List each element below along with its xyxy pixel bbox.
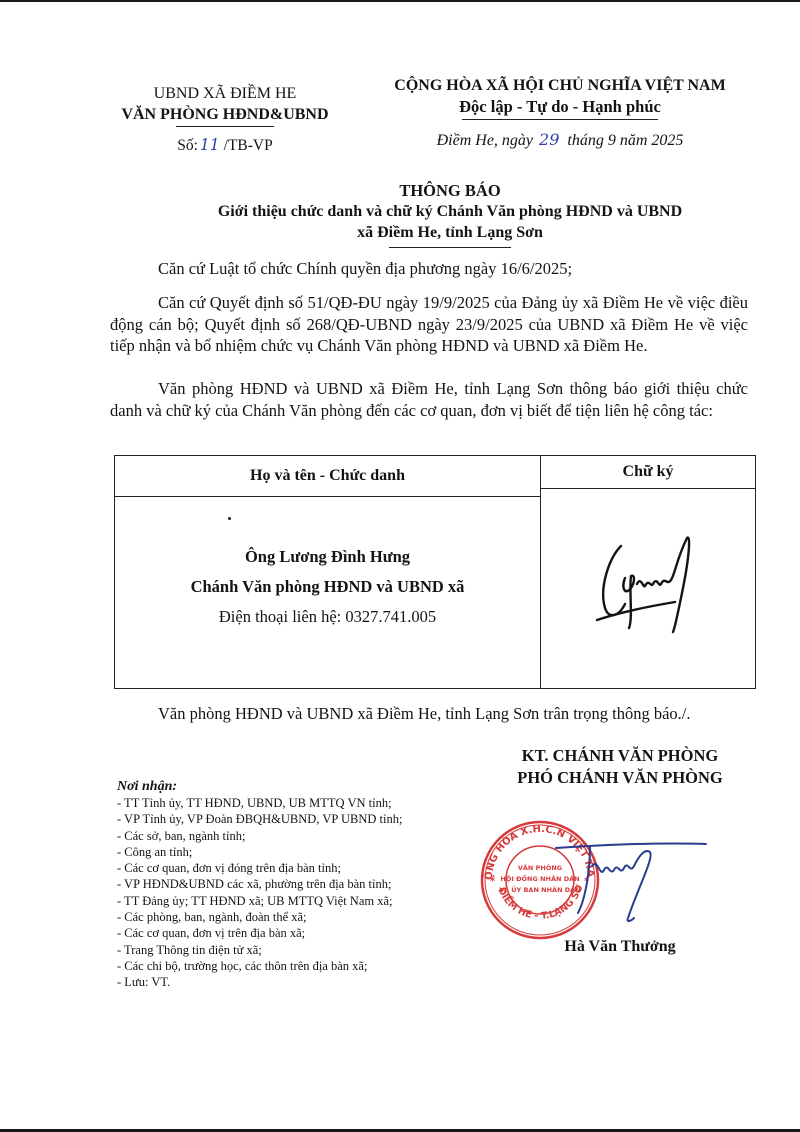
header-underline	[176, 126, 274, 127]
date-prefix: Điềm He, ngày	[437, 132, 533, 149]
recipient-item: - Trang Thông tin điện tử xã;	[117, 942, 487, 958]
paragraph-legal-basis-1: Căn cứ Luật tổ chức Chính quyền địa phươ…	[110, 258, 748, 280]
signer-name: Hà Văn Thưởng	[470, 938, 770, 956]
recipient-item: - Lưu: VT.	[117, 974, 487, 990]
paragraph-text: Văn phòng HĐND và UBND xã Điềm He, tỉnh …	[158, 704, 691, 723]
recipient-item: - TT Đảng ủy; TT HĐND xã; UB MTTQ Việt N…	[117, 893, 487, 909]
name-position-column: Họ và tên - Chức danh Ông Lương Đình Hưn…	[115, 456, 541, 688]
recipient-item: - Các phòng, ban, ngành, đoàn thể xã;	[117, 909, 487, 925]
nation-name: CỘNG HÒA XÃ HỘI CHỦ NGHĨA VIỆT NAM	[360, 75, 760, 96]
signing-authority: KT. CHÁNH VĂN PHÒNG	[470, 745, 770, 767]
signer-role: PHÓ CHÁNH VĂN PHÒNG	[470, 767, 770, 789]
signature-introduction-table: Họ và tên - Chức danh Ông Lương Đình Hưn…	[114, 455, 756, 689]
official-stamp-icon: CỘNG HÒA X.H.C.N VIỆT NAM X.ĐIỀM HE - T.…	[478, 818, 708, 943]
handwritten-day: 29	[537, 130, 563, 149]
issuing-agency-header: UBND XÃ ĐIỀM HE VĂN PHÒNG HĐND&UBND Số:1…	[95, 83, 355, 156]
column-header-signature: Chữ ký	[541, 456, 755, 489]
office-name: VĂN PHÒNG HĐND&UBND	[95, 104, 355, 125]
recipient-item: - Các cơ quan, đơn vị trên địa bàn xã;	[117, 925, 487, 941]
signature-block: KT. CHÁNH VĂN PHÒNG PHÓ CHÁNH VĂN PHÒNG	[470, 745, 770, 789]
document-type: THÔNG BÁO	[160, 180, 740, 201]
subject-line-1: Giới thiệu chức danh và chữ ký Chánh Văn…	[160, 201, 740, 222]
paragraph-text: Văn phòng HĐND và UBND xã Điềm He, tỉnh …	[110, 379, 748, 420]
recipients-list: Nơi nhận: - TT Tỉnh ủy, TT HĐND, UBND, U…	[117, 779, 487, 991]
svg-text:HỘI ĐỒNG NHÂN DÂN: HỘI ĐỒNG NHÂN DÂN	[500, 873, 579, 883]
paragraph-text: Căn cứ Quyết định số 51/QĐ-ĐU ngày 19/9/…	[110, 293, 748, 355]
svg-text:VÀ ỦY BAN NHÂN DÂN: VÀ ỦY BAN NHÂN DÂN	[499, 884, 580, 894]
scan-speck	[228, 517, 231, 520]
handwritten-number: 11	[198, 136, 224, 154]
column-header-name-position: Họ và tên - Chức danh	[115, 456, 540, 497]
subject-line-2: xã Điềm He, tỉnh Lạng Sơn	[160, 222, 740, 243]
paragraph-text: Căn cứ Luật tổ chức Chính quyền địa phươ…	[158, 259, 572, 278]
recipient-item: - VP HĐND&UBND các xã, phường trên địa b…	[117, 876, 487, 892]
date-suffix: tháng 9 năm 2025	[567, 132, 683, 149]
recipient-item: - Các chi bộ, trường học, các thôn trên …	[117, 958, 487, 974]
document-number: Số:11/TB-VP	[95, 135, 355, 156]
agency-name: UBND XÃ ĐIỀM HE	[95, 83, 355, 104]
recipients-label: Nơi nhận:	[117, 779, 487, 795]
person-phone: Điện thoại liên hệ: 0327.741.005	[115, 602, 540, 632]
scan-top-edge	[0, 0, 800, 2]
svg-text:*: *	[490, 876, 496, 887]
recipient-item: - Công an tỉnh;	[117, 844, 487, 860]
recipient-item: - Các sở, ban, ngành tỉnh;	[117, 828, 487, 844]
person-name: Ông Lương Đình Hưng	[115, 542, 540, 572]
number-suffix: /TB-VP	[224, 137, 273, 154]
paragraph-announcement: Văn phòng HĐND và UBND xã Điềm He, tỉnh …	[110, 378, 748, 421]
national-motto: Độc lập - Tự do - Hạnh phúc	[360, 96, 760, 117]
recipient-item: - VP Tỉnh ủy, VP Đoàn ĐBQH&UBND, VP UBND…	[117, 811, 487, 827]
title-underline	[389, 247, 511, 248]
paragraph-closing: Văn phòng HĐND và UBND xã Điềm He, tỉnh …	[110, 703, 748, 725]
recipient-item: - TT Tỉnh ủy, TT HĐND, UBND, UB MTTQ VN …	[117, 795, 487, 811]
recipient-item: - Các cơ quan, đơn vị đóng trên địa bàn …	[117, 860, 487, 876]
national-header: CỘNG HÒA XÃ HỘI CHỦ NGHĨA VIỆT NAM Độc l…	[360, 75, 760, 151]
motto-underline	[462, 119, 658, 120]
svg-text:VĂN PHÒNG: VĂN PHÒNG	[518, 863, 562, 872]
paragraph-legal-basis-2: Căn cứ Quyết định số 51/QĐ-ĐU ngày 19/9/…	[110, 292, 748, 357]
place-date: Điềm He, ngày 29 tháng 9 năm 2025	[360, 129, 760, 151]
table-row: Ông Lương Đình Hưng Chánh Văn phòng HĐND…	[115, 542, 540, 632]
document-title-block: THÔNG BÁO Giới thiệu chức danh và chữ ký…	[160, 180, 740, 248]
handwritten-signature-icon	[591, 528, 721, 638]
person-position: Chánh Văn phòng HĐND và UBND xã	[115, 572, 540, 602]
signature-column: Chữ ký	[541, 456, 755, 688]
number-prefix: Số:	[177, 137, 198, 154]
